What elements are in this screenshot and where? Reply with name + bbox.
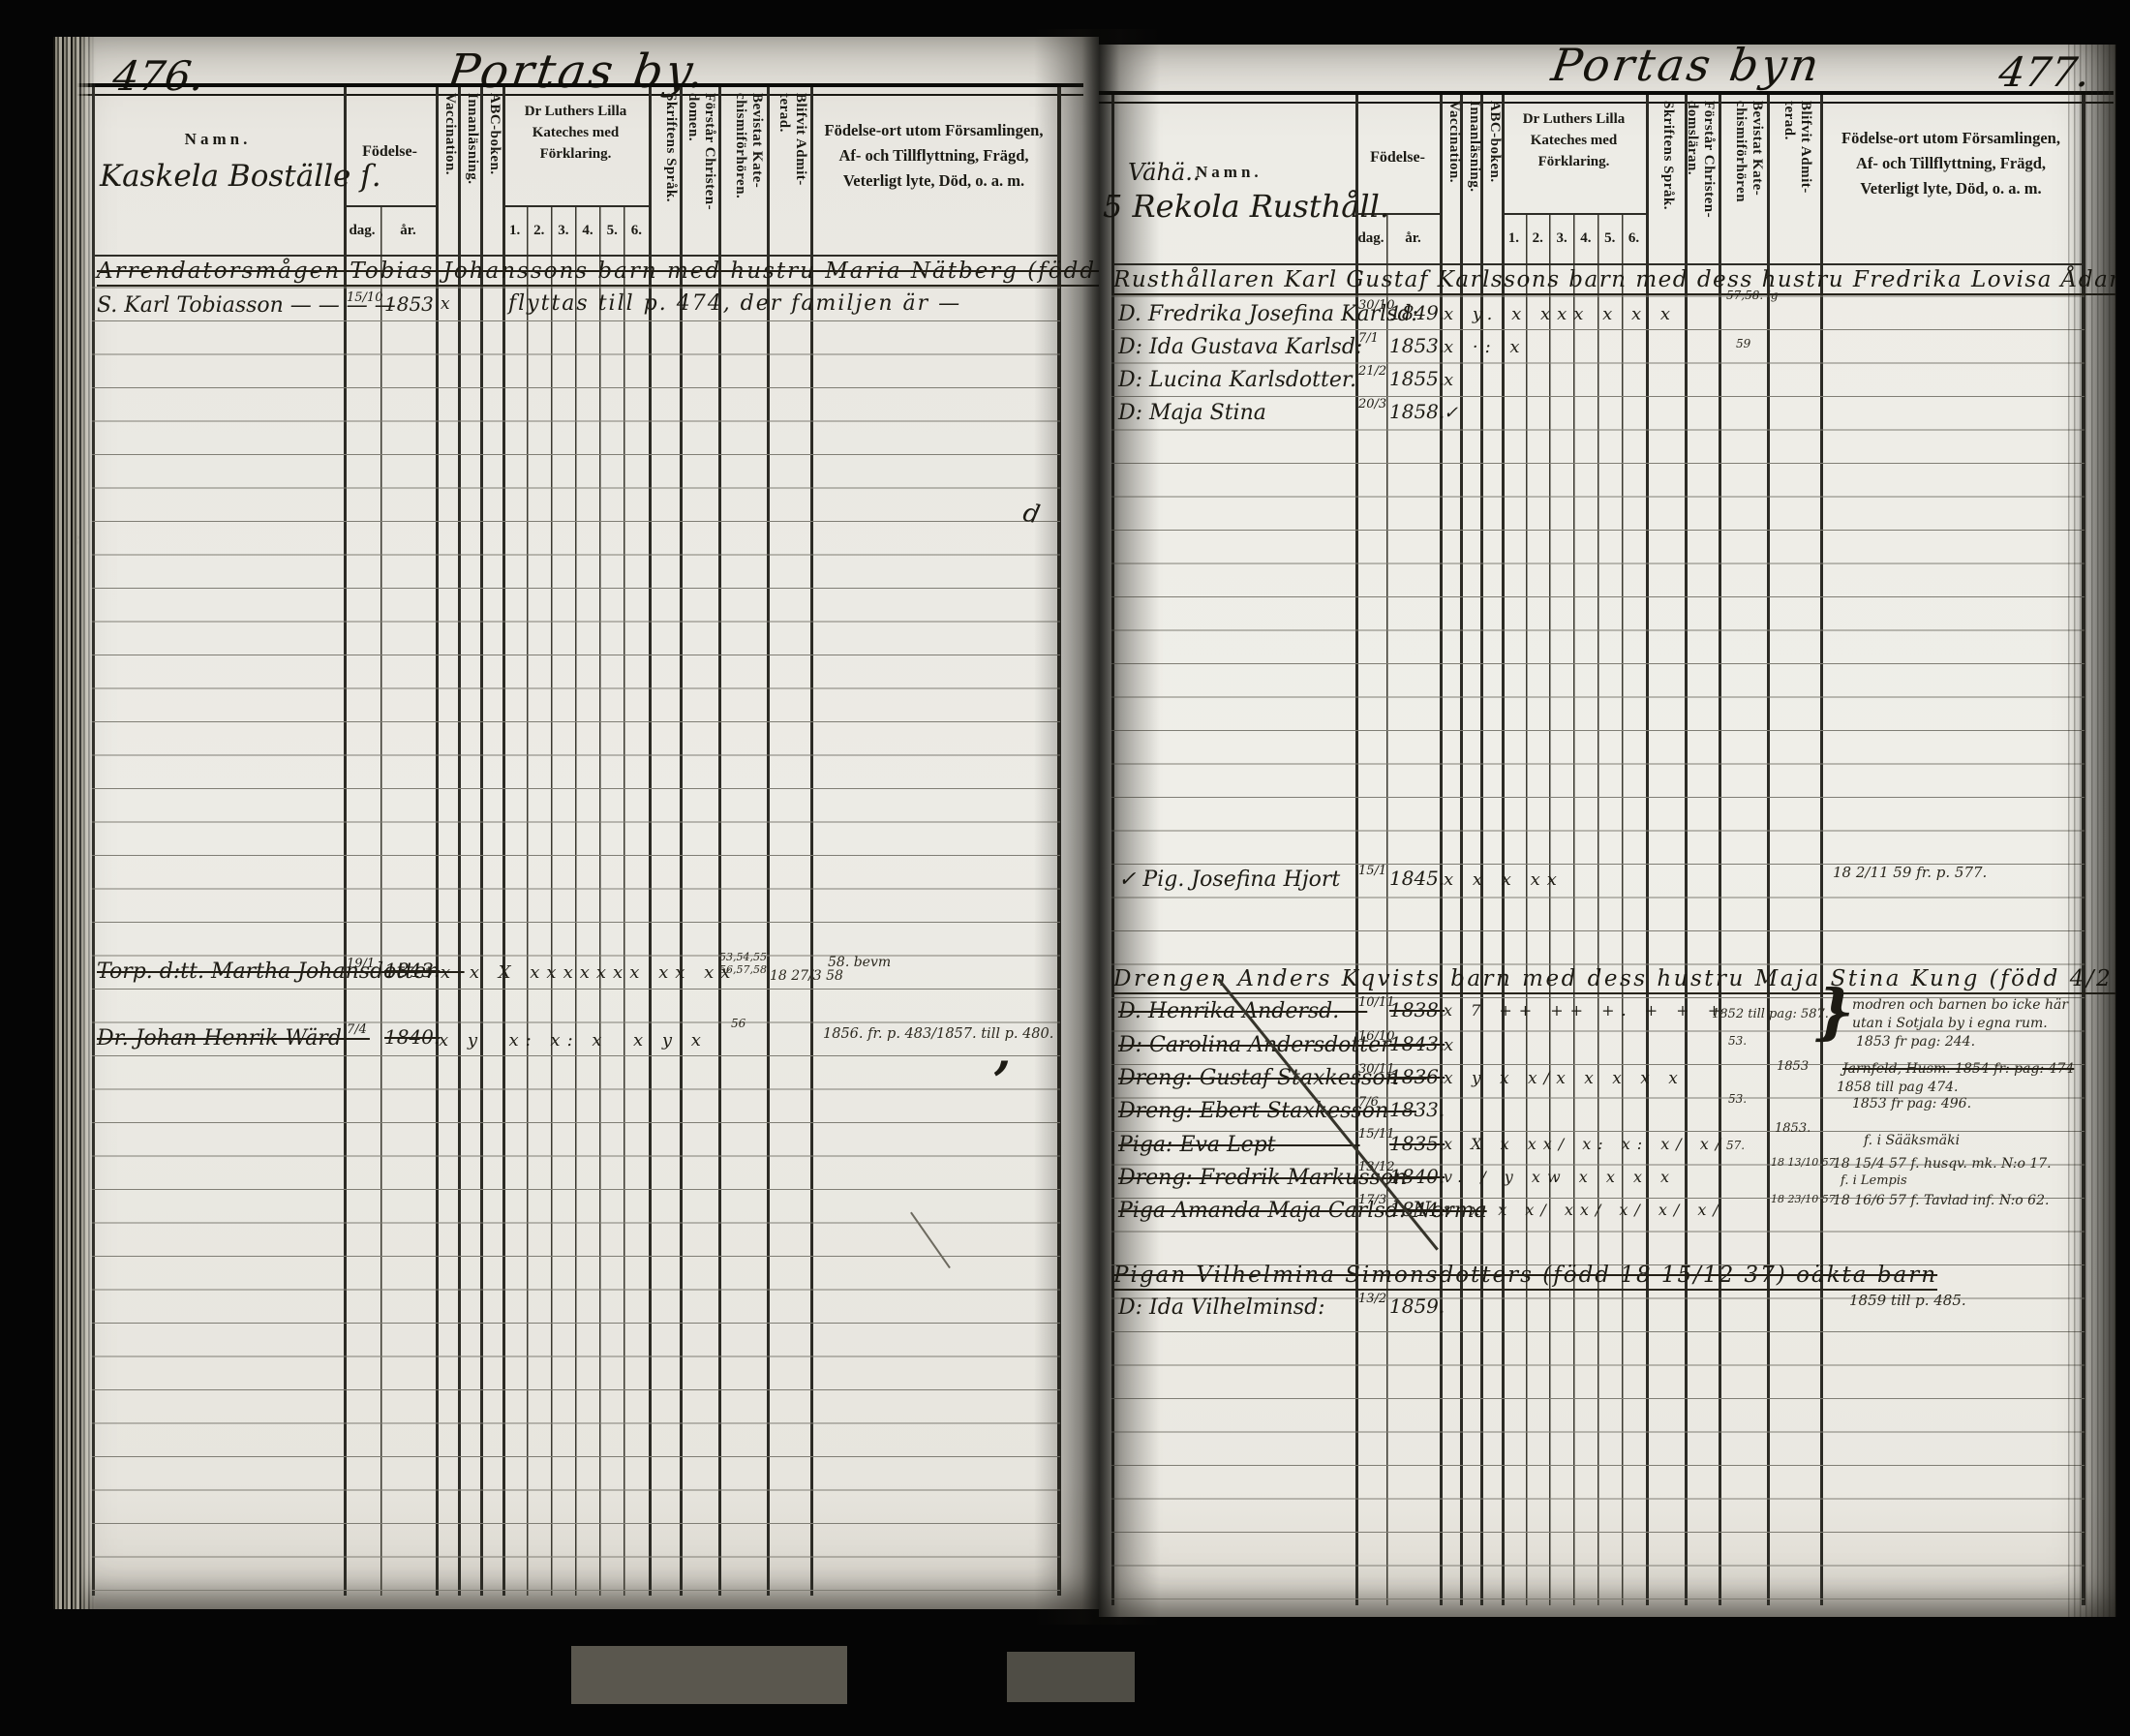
entry-check-marks: x x x xx (1444, 869, 1564, 890)
entry-wide-note: 18 16/6 57 f. Tavlad inf. N:o 62. (1833, 1193, 2049, 1208)
entry-birth-day: 7/6 (1358, 1095, 1379, 1110)
entry-birth-year: 1835. (1389, 1132, 1445, 1155)
entry-birth-year: 1836. (1389, 1065, 1445, 1088)
column-header-abc-boken: ABC-boken. (1481, 101, 1503, 259)
scanner-tray-strip (571, 1646, 847, 1704)
column-header-innanlasning: Innanläsning. (1461, 101, 1482, 259)
entry-wide-note: 1858 till pag 474. (1837, 1080, 1958, 1095)
kateches-col: 4. (582, 223, 593, 239)
header-line: Veterligt lyte, Död, o. a. m. (843, 171, 1024, 190)
column-header-fodelseort: Födelse-ort utom Församlingen, Af- och T… (1820, 126, 2082, 201)
header-line: Förstår Christen- (701, 93, 717, 252)
entry-admitterad-note: 1853 (1777, 1059, 1809, 1074)
entry-check-marks: x x X xxxxxxx xx xx (441, 962, 737, 983)
header-line: Bevistat Kate- (1749, 101, 1765, 259)
header-line: Blifvit Admit- (1797, 101, 1813, 259)
entry-birth-year: 1838. (1389, 998, 1445, 1021)
column-header-innanlasning: Innanläsning. (457, 93, 480, 252)
kateches-col: 2. (1533, 230, 1543, 247)
entry-birth-year: 1840. (1389, 1165, 1445, 1188)
column-header-vaccination: Vaccination. (435, 93, 458, 252)
subheader-divider (502, 205, 649, 207)
entry-check-marks: v x x x/ xx/ x/ x/ x/ (1444, 1201, 1725, 1219)
entry-admitterad-note: 1852 till pag: 587. (1712, 1007, 1829, 1021)
column-header-bevistat: Bevistat Kate- chismiförhören. (724, 93, 765, 252)
entry-vaccination-mark: x (441, 294, 450, 314)
entry-birth-day: 13/2 (1358, 1292, 1386, 1306)
entry-birth-day: 17/3 (1358, 1193, 1386, 1207)
entry-admitterad-note: 1853. (1775, 1121, 1810, 1136)
entry-birth-year: 1843. (1389, 1032, 1445, 1055)
column-header-dag: dag. (344, 223, 380, 239)
column-header-forstar: Förstår Christen- domsläran. (1688, 101, 1717, 259)
entry-birth-day: 15/10 (347, 290, 382, 305)
entry-birth-year: 1858. (1389, 400, 1445, 423)
entry-wide-note: f. i Sääksmäki (1864, 1133, 1960, 1148)
entry-check-marks: ✓ (1444, 403, 1465, 423)
entry-birth-day: 7/1 (1358, 331, 1379, 346)
column-header-ar: år. (380, 223, 436, 239)
kateches-col: 6. (631, 223, 642, 239)
entry-name: Dr. Johan Henrik Wärd — (97, 1026, 370, 1051)
column-header-blifvit: Blifvit Admit- terad. (1775, 101, 1813, 259)
kateches-line: Förklaring. (1538, 154, 1610, 169)
entry-birth-day: 7/4 (347, 1022, 367, 1037)
family-heading-row: Arrendatorsmågen Tobias Johanssons barn … (97, 259, 1099, 287)
entry-birth-year: 1845. (1389, 867, 1445, 890)
header-line: chismiförhören. (732, 93, 748, 252)
kateches-col: 5. (1604, 230, 1615, 247)
entry-admitterad-note: 18 27/3 58 (770, 968, 843, 984)
entry-bevistat-note: 56 (731, 1017, 745, 1030)
header-line: domsläran. (1684, 101, 1700, 259)
entry-wide-note: modren och barnen bo icke här (1852, 997, 2068, 1013)
book-gutter-shadow (1034, 29, 1160, 1625)
family-heading-row: Drengen Anders Kqvists barn med dess hus… (1113, 966, 2115, 994)
scanner-tray-strip (1007, 1652, 1135, 1702)
column-header-fodelseort: Födelse-ort utom Församlingen, Af- och T… (810, 118, 1057, 194)
kateches-col: 1. (1508, 230, 1519, 247)
column-header-kateches: Dr Luthers Lilla Kateches med Förklaring… (1502, 108, 1646, 172)
kateches-line: Dr Luthers Lilla (1523, 111, 1626, 127)
entry-wide-note: f. i Lempis (1841, 1173, 1907, 1188)
ruled-lines (92, 255, 1060, 1596)
header-line: Födelse-ort utom Församlingen, (825, 121, 1044, 139)
page-title-handwritten: Portas byn (1548, 45, 1825, 91)
entry-wide-note: 1856. fr. p. 483/1857. till p. 480. (823, 1026, 1053, 1042)
entry-note: flyttas till p. 474, der familjen är — (508, 291, 961, 316)
entry-birth-day: 20/3 (1358, 397, 1386, 411)
header-line: Af- och Tillflyttning, Frägd, (838, 146, 1028, 165)
entry-birth-year: 1855. (1389, 367, 1445, 390)
entry-birth-year: 1853. (1389, 334, 1445, 357)
column-header-namn: Namn. (92, 130, 344, 149)
column-header-bevistat: Bevistat Kate- chismiförhören (1724, 101, 1765, 259)
kateches-col: 3. (558, 223, 568, 239)
header-line: Födelse-ort utom Församlingen, (1841, 129, 2060, 147)
header-line: chismiförhören (1732, 101, 1749, 259)
subheader-divider (1502, 213, 1646, 215)
entry-wide-note: utan i Sotjala by i egna rum. (1852, 1016, 2048, 1031)
entry-bevistat-note: 57. (1726, 1139, 1745, 1152)
section-heading: Kaskela Boställe ſ. (100, 159, 381, 194)
entry-wide-note: 1859 till p. 485. (1849, 1292, 1966, 1309)
entry-wide-note: Jarnfeld, Husm. 1854 fr: pag: 474 (1842, 1061, 2074, 1077)
left-page-edge-stack (53, 37, 96, 1609)
scanned-parish-register-spread: { "left_page": { "page_number": "476.", … (0, 0, 2130, 1736)
column-header-abc-boken: ABC-boken. (479, 93, 502, 252)
entry-bevistat-note: 59 (1736, 337, 1750, 350)
entry-birth-day: 15/1 (1358, 864, 1386, 878)
header-line: Af- och Tillflyttning, Frägd, (1856, 154, 2046, 172)
entry-birth-day: 19/1 (347, 957, 375, 971)
header-line: Förstår Christen- (1700, 101, 1717, 259)
header-line: domen. (685, 93, 701, 252)
entry-check-marks: x 7 ++ ++ +. + + + (1444, 1001, 1727, 1020)
kateches-subcolumns: 1. 2. 3. 4. 5. 6. (502, 223, 649, 239)
family-heading-row: Rusthållaren Karl Gustaf Karlssons barn … (1113, 267, 2115, 295)
entry-birth-year: 1853 (384, 292, 434, 316)
column-header-blifvit: Blifvit Admit- terad. (773, 93, 808, 252)
entry-wide-note: 18 15/4 57 f. husqv. mk. N:o 17. (1833, 1156, 2052, 1172)
column-header-namn: Namn. (1196, 163, 1263, 182)
entry-birth-year: 1849. (1389, 301, 1445, 324)
entry-bevistat-note: 53. (1728, 1092, 1747, 1106)
column-header-kateches: Dr Luthers Lilla Kateches med Förklaring… (502, 101, 649, 165)
entry-admitterad-note: 18 23/10 57 (1771, 1193, 1836, 1205)
entry-check-marks: x (1444, 1035, 1460, 1055)
column-header-vaccination: Vaccination. (1441, 101, 1462, 259)
entry-birth-year: 1833. (1389, 1098, 1445, 1121)
kateches-line: Kateches med (532, 125, 620, 140)
kateches-line: Förklaring. (540, 146, 612, 162)
entry-bevistat-note: 53,54,55 (719, 951, 767, 963)
entry-birth-year: 1859. (1389, 1294, 1445, 1318)
header-line: Bevistat Kate- (748, 93, 765, 252)
column-header-forstar: Förstår Christen- domen. (683, 93, 717, 252)
header-line: Blifvit Admit- (792, 93, 808, 252)
header-line: terad. (776, 93, 792, 252)
entry-wide-note: 58. bevm (828, 955, 891, 970)
entry-bevistat-note: 53. (1728, 1034, 1747, 1048)
brace-mark: } (1815, 976, 1854, 1047)
left-page: 476. Portas by. Namn. Födelse- dag. år. … (53, 37, 1099, 1609)
subheader-divider (344, 205, 436, 207)
column-header-skriftens: Skriftens Språk. (1649, 101, 1676, 259)
column-header-ar: år. (1386, 230, 1440, 247)
kateches-col: 6. (1628, 230, 1639, 247)
entry-bevistat-note: 56,57,58, (719, 963, 770, 976)
kateches-subcolumns: 1. 2. 3. 4. 5. 6. (1502, 230, 1646, 247)
family-heading-row: Pigan Vilhelmina Simonsdotters (född 18 … (1113, 1263, 1937, 1291)
entry-birth-day: 21/2 (1358, 364, 1386, 379)
entry-bevistat-note: 57,58. lg (1726, 289, 1779, 302)
entry-wide-note: 1853 fr pag: 244. (1856, 1034, 1975, 1050)
entry-check-marks: x (1444, 370, 1460, 390)
entry-birth-year: 1840. (384, 1025, 440, 1049)
stray-ink-blot: , (994, 1022, 1011, 1080)
entry-wide-note: 1853 fr pag: 496. (1852, 1096, 1971, 1112)
entry-check-marks: x y. x xxx x x x (1444, 304, 1677, 324)
right-page: 477. Portas byn Vähä.. Namn. 5 Rekola Ru… (1099, 45, 2115, 1617)
ruled-lines (1111, 263, 2084, 1605)
entry-check-marks: x y x x/x x x x x (1444, 1069, 1685, 1088)
entry-check-marks: x ·: x (1444, 337, 1527, 357)
right-page-edge-stack (2068, 45, 2116, 1617)
kateches-col: 2. (533, 223, 544, 239)
entry-admitterad-note: 18 13/10 57 (1771, 1156, 1836, 1169)
kateches-col: 3. (1556, 230, 1567, 247)
column-header-skriftens: Skriftens Språk. (652, 93, 679, 252)
kateches-col: 1. (509, 223, 520, 239)
column-header-dag: dag. (1355, 230, 1386, 247)
entry-birth-year: 1843. (384, 959, 440, 982)
header-line: terad. (1780, 101, 1797, 259)
kateches-line: Kateches med (1531, 133, 1618, 148)
entry-check-marks: x y x: x: x x y x (439, 1030, 708, 1051)
header-line: Veterligt lyte, Död, o. a. m. (1860, 179, 2041, 198)
entry-wide-note: 18 2/11 59 fr. p. 577. (1833, 864, 1987, 881)
kateches-col: 5. (607, 223, 618, 239)
entry-check-marks: x X x xx/ x: x: x/ x/ (1444, 1135, 1727, 1153)
entry-check-marks: v. / y xw x x x x (1444, 1168, 1676, 1186)
kateches-col: 4. (1580, 230, 1591, 247)
column-header-fodelse: Födelse- (1355, 149, 1440, 167)
kateches-line: Dr Luthers Lilla (525, 104, 627, 119)
